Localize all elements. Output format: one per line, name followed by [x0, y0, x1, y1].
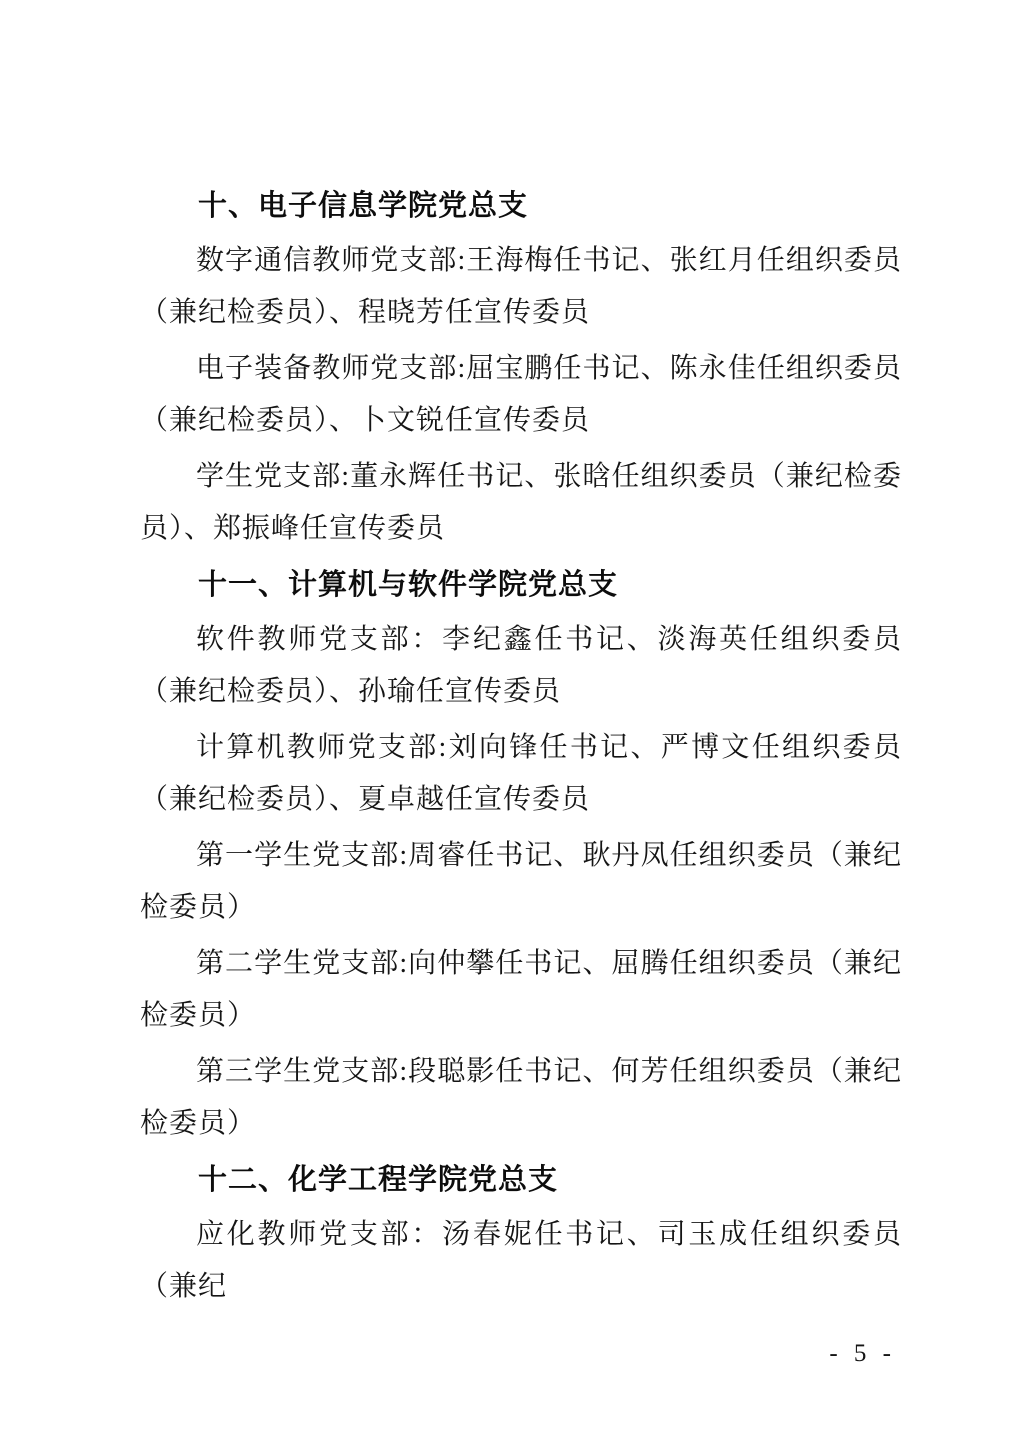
- page-number: - 5 -: [829, 1340, 896, 1368]
- document-section: 十一、计算机与软件学院党总支 软件教师党支部：李纪鑫任书记、淡海英任组织委员（兼…: [140, 559, 902, 1150]
- document-page: 十、电子信息学院党总支 数字通信教师党支部:王海梅任书记、张红月任组织委员（兼纪…: [0, 0, 1024, 1448]
- document-content: 十、电子信息学院党总支 数字通信教师党支部:王海梅任书记、张红月任组织委员（兼纪…: [140, 178, 902, 1317]
- paragraph: 第二学生党支部:向仲攀任书记、屈腾任组织委员（兼纪检委员）: [140, 938, 902, 1042]
- paragraph: 电子装备教师党支部:屈宝鹏任书记、陈永佳任组织委员（兼纪检委员）、卜文锐任宣传委…: [140, 343, 902, 447]
- paragraph: 软件教师党支部：李纪鑫任书记、淡海英任组织委员（兼纪检委员）、孙瑜任宣传委员: [140, 614, 902, 718]
- paragraph: 第三学生党支部:段聪影任书记、何芳任组织委员（兼纪检委员）: [140, 1046, 902, 1150]
- paragraph: 应化教师党支部：汤春妮任书记、司玉成任组织委员（兼纪: [140, 1209, 902, 1313]
- paragraph: 数字通信教师党支部:王海梅任书记、张红月任组织委员（兼纪检委员）、程晓芳任宣传委…: [140, 235, 902, 339]
- document-section: 十、电子信息学院党总支 数字通信教师党支部:王海梅任书记、张红月任组织委员（兼纪…: [140, 180, 902, 555]
- section-heading: 十、电子信息学院党总支: [140, 180, 902, 232]
- document-section: 十二、化学工程学院党总支 应化教师党支部：汤春妮任书记、司玉成任组织委员（兼纪: [140, 1154, 902, 1313]
- paragraph: 计算机教师党支部:刘向锋任书记、严博文任组织委员（兼纪检委员）、夏卓越任宣传委员: [140, 722, 902, 826]
- section-heading: 十二、化学工程学院党总支: [140, 1154, 902, 1206]
- paragraph: 学生党支部:董永辉任书记、张晗任组织委员（兼纪检委员）、郑振峰任宣传委员: [140, 451, 902, 555]
- paragraph: 第一学生党支部:周睿任书记、耿丹凤任组织委员（兼纪检委员）: [140, 830, 902, 934]
- section-heading: 十一、计算机与软件学院党总支: [140, 559, 902, 611]
